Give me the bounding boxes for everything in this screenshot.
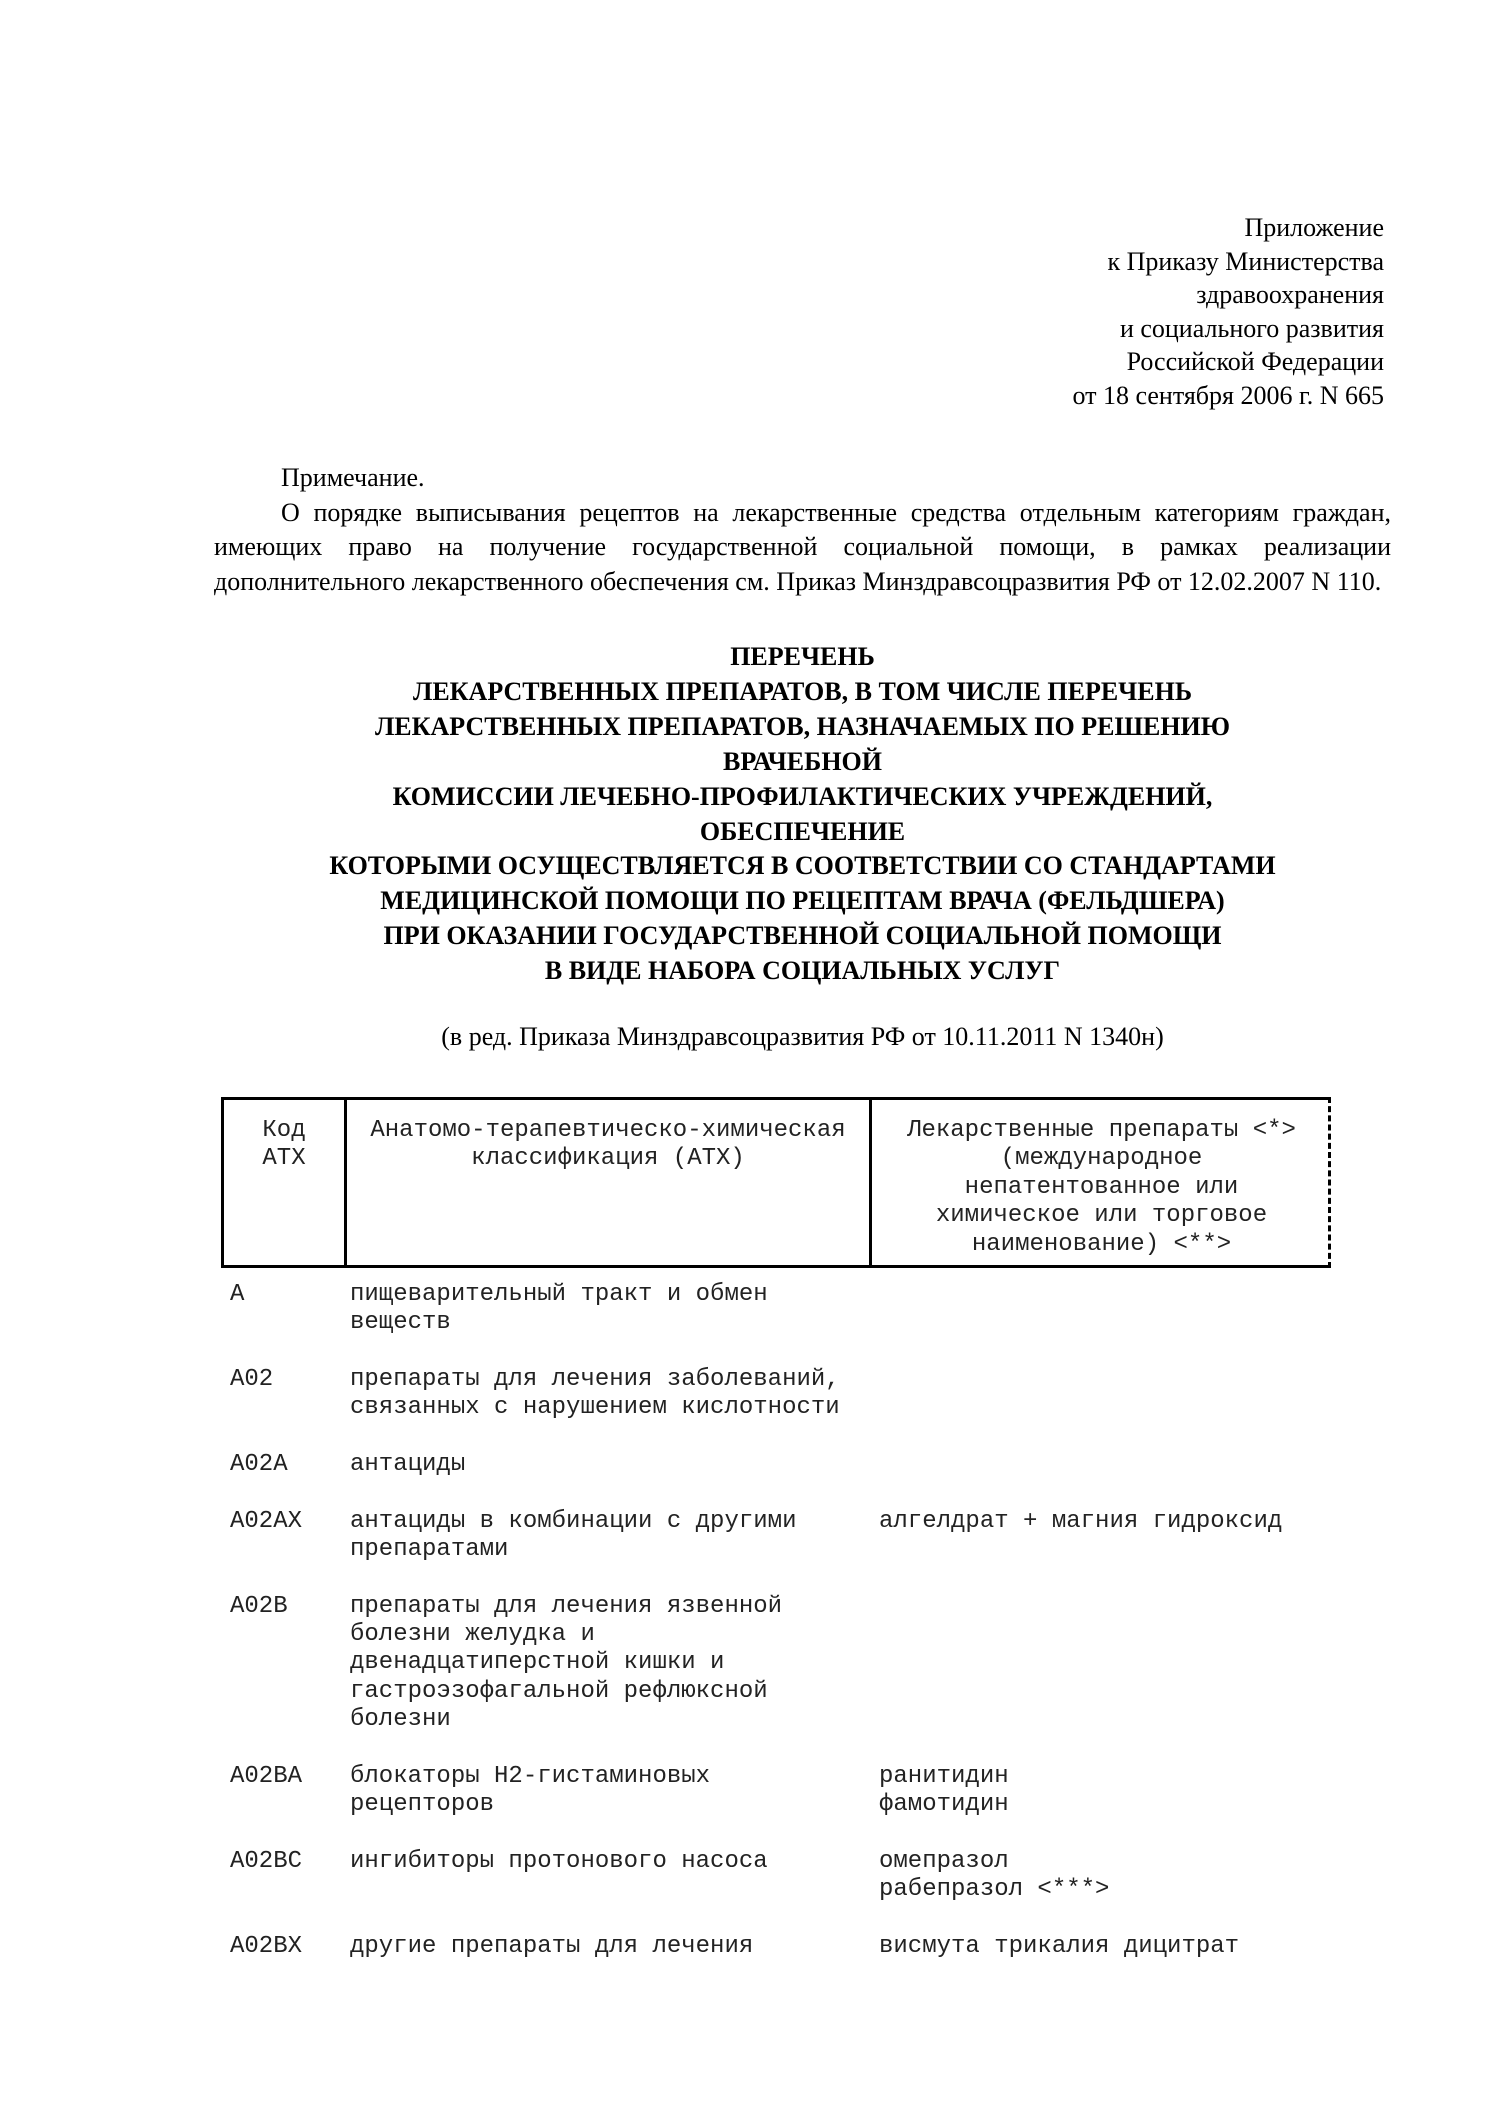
atc-code: A02 [230,1366,273,1394]
header-drugs-line: химическое или торговое [872,1202,1331,1230]
drug-name: висмута трикалия дицитрат [879,1933,1239,1961]
header-classification: Анатомо-терапевтическо-химическая класси… [344,1100,869,1265]
table-row: A02 препараты для лечения заболеваний, с… [230,1366,1340,1423]
title-line: В ВИДЕ НАБОРА СОЦИАЛЬНЫХ УСЛУГ [214,954,1391,989]
classification-line: двенадцатиперстной кишки и [350,1649,870,1677]
header-code: Код АТХ [224,1100,344,1265]
header-drugs-line: Лекарственные препараты <*> [872,1117,1331,1145]
classification-line: блокаторы H2-гистаминовых [350,1763,870,1791]
appendix-line: Российской Федерации [684,345,1384,379]
drug-name: омепразол [879,1848,1109,1876]
note-label: Примечание. [214,461,1391,496]
atc-code: А [230,1281,244,1309]
title-line: ЛЕКАРСТВЕННЫХ ПРЕПАРАТОВ, В ТОМ ЧИСЛЕ ПЕ… [214,675,1391,710]
title-line: ЛЕКАРСТВЕННЫХ ПРЕПАРАТОВ, НАЗНАЧАЕМЫХ ПО… [214,710,1391,745]
header-classification-line: Анатомо-терапевтическо-химическая [347,1117,869,1145]
table-header: Код АТХ Анатомо-терапевтическо-химическа… [221,1097,1331,1268]
header-classification-line: классификация (АТХ) [347,1145,869,1173]
table-row: A02BA блокаторы H2-гистаминовых рецептор… [230,1763,1340,1820]
revision-note: (в ред. Приказа Минздравсоцразвития РФ о… [214,1020,1391,1054]
atc-code: A02BX [230,1933,302,1961]
atc-classification: пищеварительный тракт и обмен веществ [350,1281,870,1338]
atc-classification: другие препараты для лечения [350,1933,870,1961]
classification-line: веществ [350,1309,870,1337]
classification-line: другие препараты для лечения [350,1933,870,1961]
header-code-line: АТХ [224,1145,344,1173]
table-row: А пищеварительный тракт и обмен веществ [230,1281,1340,1338]
table-row: A02AX антациды в комбинации с другими пр… [230,1508,1340,1565]
atc-classification: блокаторы H2-гистаминовых рецепторов [350,1763,870,1820]
drug-list: алгелдрат + магния гидроксид [879,1508,1282,1536]
title-line: КОТОРЫМИ ОСУЩЕСТВЛЯЕТСЯ В СООТВЕТСТВИИ С… [214,849,1391,884]
classification-line: препараты для лечения заболеваний, [350,1366,870,1394]
classification-line: болезни [350,1706,870,1734]
drug-list: висмута трикалия дицитрат [879,1933,1239,1961]
table-row: A02B препараты для лечения язвенной боле… [230,1593,1340,1735]
atc-code: A02AX [230,1508,302,1536]
header-drugs-line: (международное [872,1145,1331,1173]
title-line: ПРИ ОКАЗАНИИ ГОСУДАРСТВЕННОЙ СОЦИАЛЬНОЙ … [214,919,1391,954]
drug-name: алгелдрат + магния гидроксид [879,1508,1282,1536]
drug-name: рабепразол <***> [879,1876,1109,1904]
classification-line: антациды [350,1451,870,1479]
drug-list: омепразол рабепразол <***> [879,1848,1109,1905]
note-block: Примечание. О порядке выписывания рецепт… [214,461,1391,599]
atc-classification: антациды в комбинации с другими препарат… [350,1508,870,1565]
title-line: ВРАЧЕБНОЙ [214,745,1391,780]
note-text: О порядке выписывания рецептов на лекарс… [214,496,1391,600]
drug-list: ранитидин фамотидин [879,1763,1009,1820]
classification-line: антациды в комбинации с другими [350,1508,870,1536]
appendix-line: и социального развития [684,312,1384,346]
appendix-line: здравоохранения [684,278,1384,312]
atc-classification: антациды [350,1451,870,1479]
atc-classification: препараты для лечения язвенной болезни ж… [350,1593,870,1735]
table-body: А пищеварительный тракт и обмен веществ … [230,1281,1340,1990]
atc-classification: ингибиторы протонового насоса [350,1848,870,1905]
atc-code: A02BC [230,1848,302,1876]
classification-line: препараты для лечения язвенной [350,1593,870,1621]
classification-line: ингибиторы протонового насоса [350,1848,870,1876]
drug-name: фамотидин [879,1791,1009,1819]
title-line: ПЕРЕЧЕНЬ [214,640,1391,675]
atc-code: A02A [230,1451,288,1479]
title-line: ОБЕСПЕЧЕНИЕ [214,815,1391,850]
header-drugs-line: непатентованное или [872,1174,1331,1202]
classification-line: пищеварительный тракт и обмен [350,1281,870,1309]
classification-line: препаратами [350,1536,870,1564]
header-drugs-line: наименование) <**> [872,1231,1331,1259]
drug-name: ранитидин [879,1763,1009,1791]
atc-code: A02B [230,1593,288,1621]
table-row: A02BX другие препараты для лечения висму… [230,1933,1340,1961]
classification-line: гастроэзофагальной рефлюксной [350,1678,870,1706]
header-code-line: Код [224,1117,344,1145]
appendix-header: Приложение к Приказу Министерства здраво… [684,211,1384,412]
title-line: МЕДИЦИНСКОЙ ПОМОЩИ ПО РЕЦЕПТАМ ВРАЧА (ФЕ… [214,884,1391,919]
table-row: A02BC ингибиторы протонового насоса омеп… [230,1848,1340,1905]
table-row: A02A антациды [230,1451,1340,1479]
appendix-line: к Приказу Министерства [684,245,1384,279]
document-title: ПЕРЕЧЕНЬ ЛЕКАРСТВЕННЫХ ПРЕПАРАТОВ, В ТОМ… [214,640,1391,989]
appendix-line: от 18 сентября 2006 г. N 665 [684,379,1384,413]
appendix-line: Приложение [684,211,1384,245]
classification-line: связанных с нарушением кислотности [350,1394,870,1422]
header-drugs: Лекарственные препараты <*> (международн… [869,1100,1331,1265]
atc-code: A02BA [230,1763,302,1791]
classification-line: болезни желудка и [350,1621,870,1649]
atc-classification: препараты для лечения заболеваний, связа… [350,1366,870,1423]
classification-line: рецепторов [350,1791,870,1819]
title-line: КОМИССИИ ЛЕЧЕБНО-ПРОФИЛАКТИЧЕСКИХ УЧРЕЖД… [214,780,1391,815]
